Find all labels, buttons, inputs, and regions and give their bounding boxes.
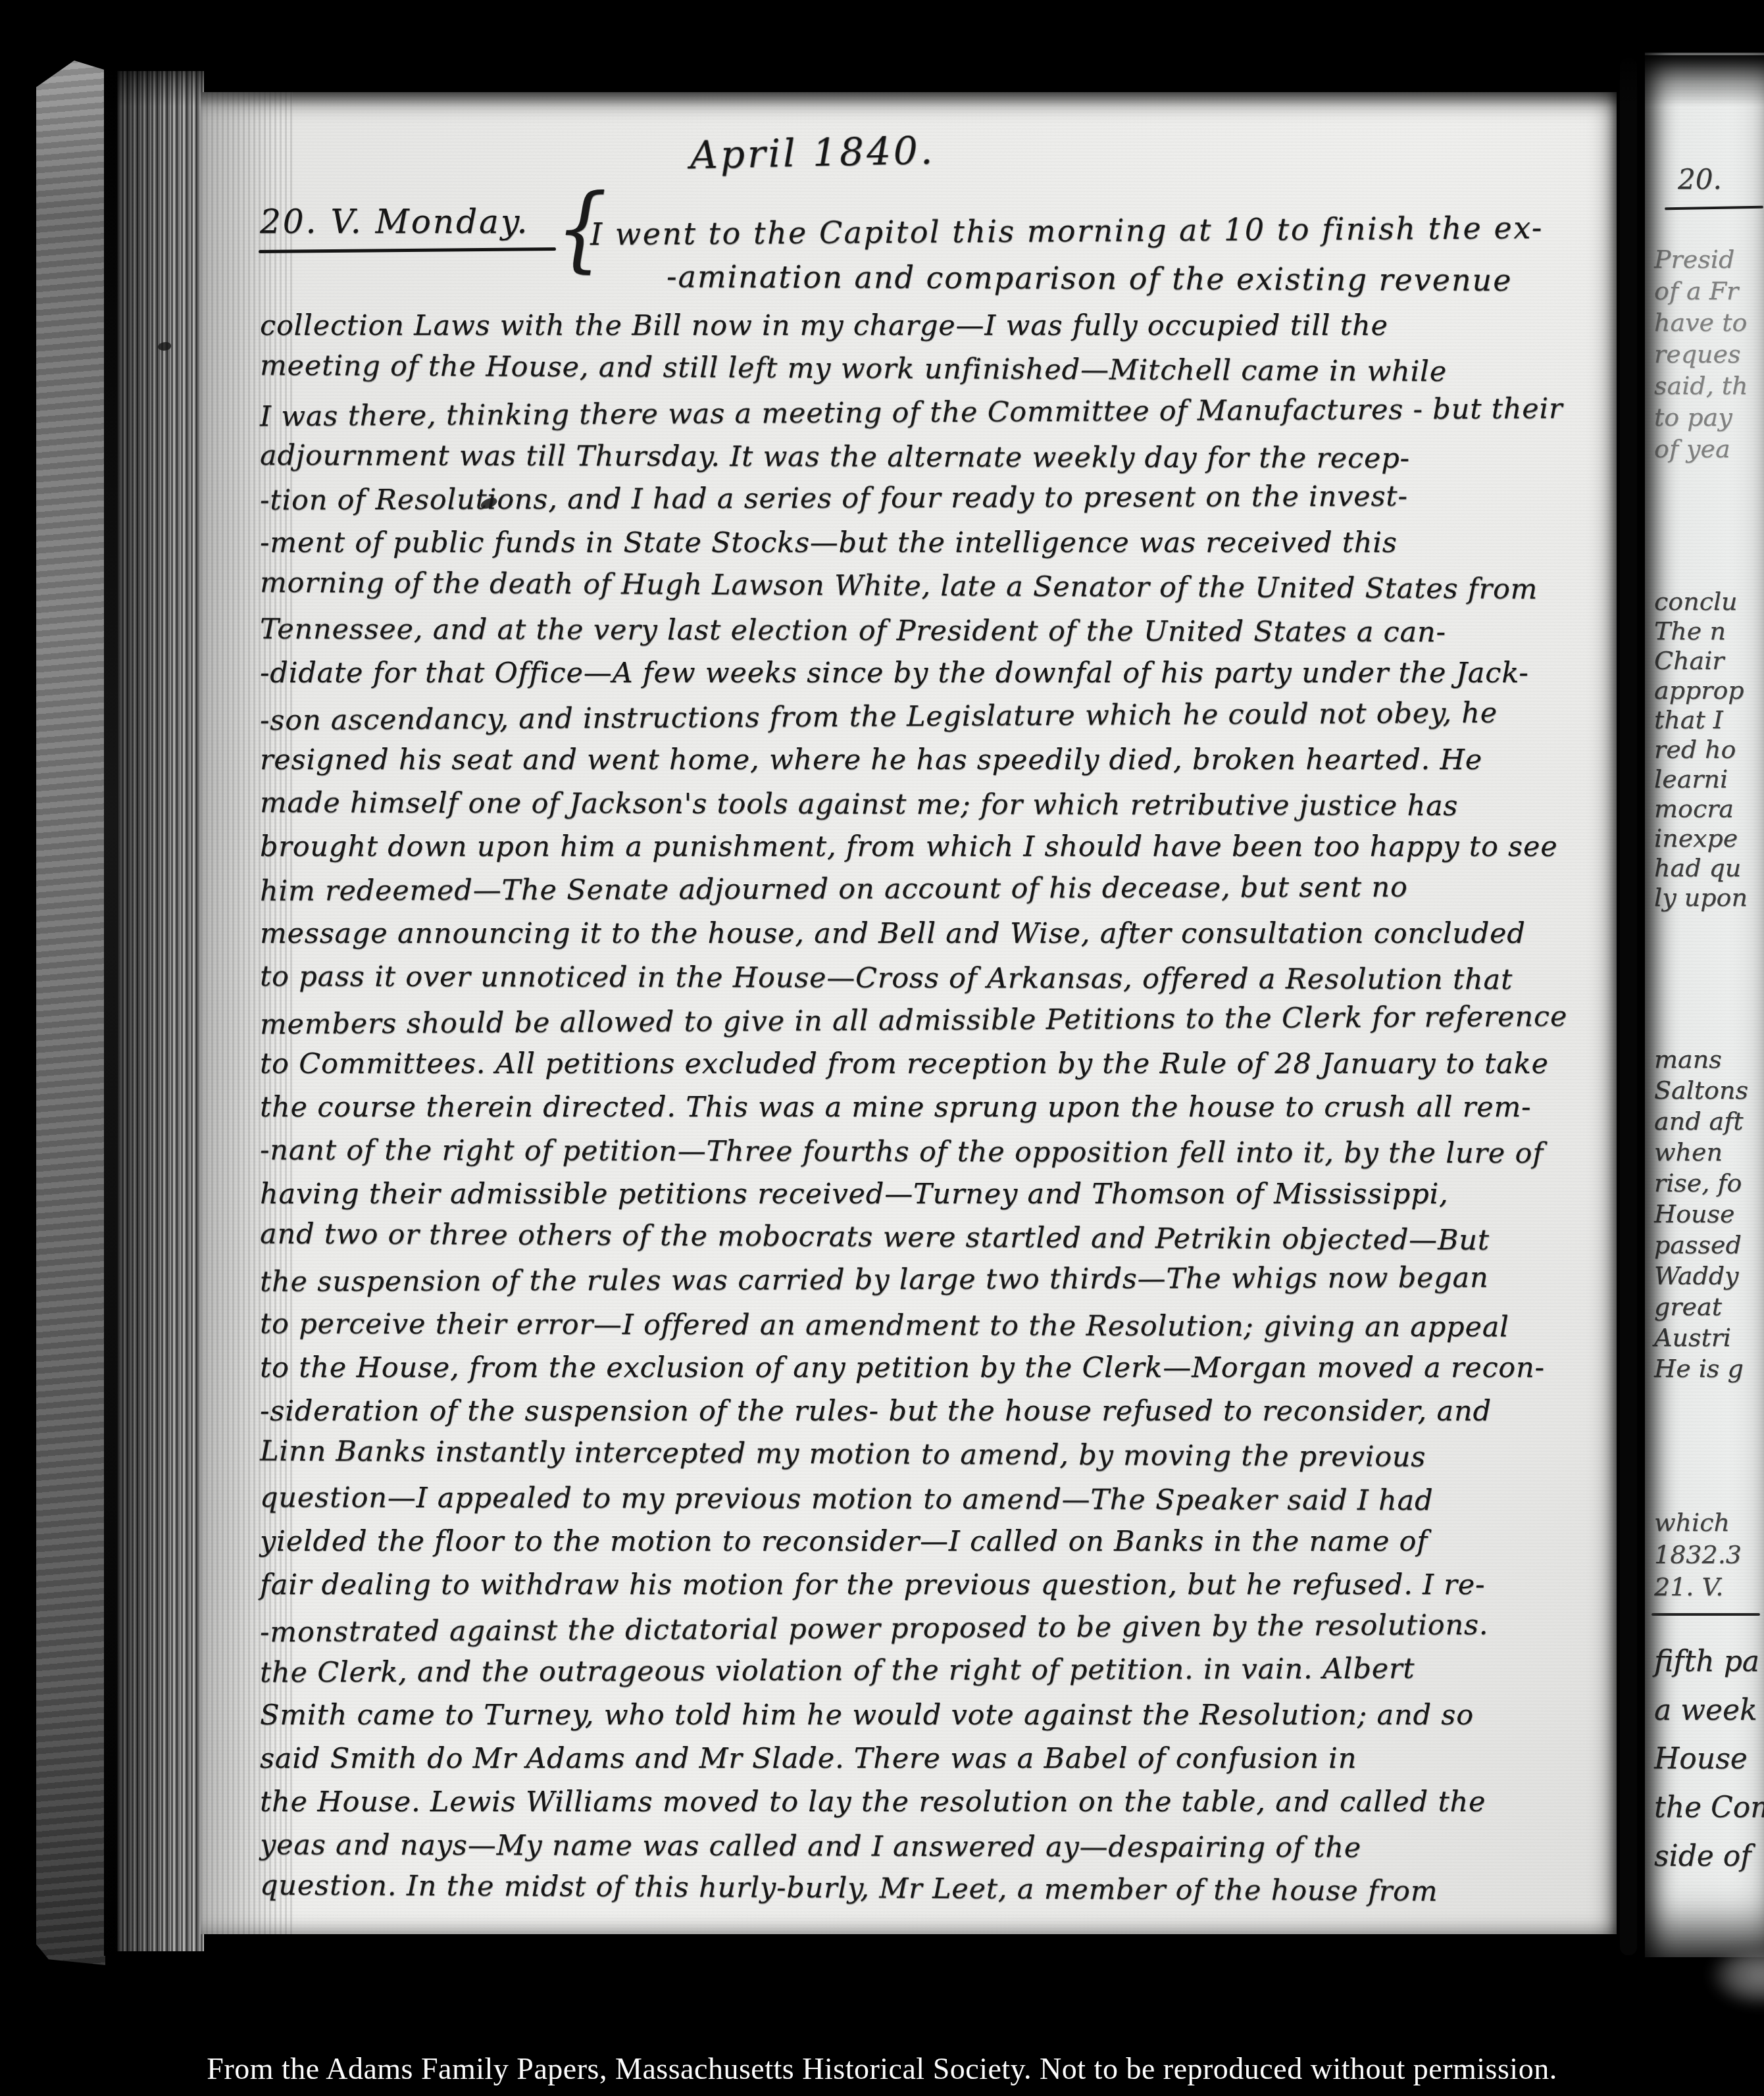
book-cover-edge [36, 61, 105, 1965]
manuscript-line: and two or three others of the mobocrats… [260, 1218, 1617, 1268]
book-gutter [1620, 58, 1637, 1955]
cover-gap-shadow [104, 69, 118, 1956]
manuscript-line-fragment: inexpe [1654, 824, 1764, 853]
next-page-text-fragments: concluThe nChairappropthat Ired holearni… [1654, 587, 1764, 912]
manuscript-line: adjournment was till Thursday. It was th… [260, 439, 1617, 486]
manuscript-line: -ment of public funds in State Stocks—bu… [260, 526, 1617, 570]
manuscript-line-fragment: passed [1654, 1230, 1764, 1261]
manuscript-line: -sideration of the suspension of the rul… [260, 1395, 1617, 1438]
manuscript-line-fragment: had qu [1654, 853, 1764, 883]
manuscript-line: the suspension of the rules was carried … [260, 1260, 1617, 1309]
manuscript-line: I went to the Capitol this morning at 10… [590, 210, 1544, 252]
next-page-text-fragments: Presidof a Frhave torequessaid, thto pay… [1654, 245, 1764, 466]
manuscript-line-fragment: House [1654, 1199, 1764, 1230]
manuscript-line-fragment: which [1654, 1508, 1764, 1540]
manuscript-line-fragment: mocra [1654, 794, 1764, 824]
manuscript-line-fragment: The n [1654, 616, 1764, 646]
manuscript-line: resigned his seat and went home, where h… [260, 743, 1617, 787]
manuscript-line-fragment: Saltons [1654, 1076, 1764, 1107]
manuscript-line: message announcing it to the house, and … [260, 917, 1617, 961]
manuscript-line-fragment: reques [1654, 339, 1764, 371]
manuscript-line-fragment: red ho [1654, 735, 1764, 764]
next-page-number-fragment: 20. [1678, 163, 1722, 195]
manuscript-line: collection Laws with the Bill now in my … [260, 309, 1617, 353]
next-entry-underline [1651, 1613, 1760, 1616]
manuscript-line: yeas and nays—My name was called and I a… [260, 1828, 1617, 1875]
manuscript-line: I was there, thinking there was a meetin… [260, 392, 1617, 444]
manuscript-line-fragment: 1832.3 [1654, 1540, 1764, 1572]
book-photograph: April 1840. 20. V. Monday. { I went to t… [0, 0, 1764, 2096]
manuscript-line-fragment: mans [1654, 1045, 1764, 1076]
manuscript-line-fragment: the Com [1654, 1791, 1764, 1839]
page-edges [117, 71, 204, 1951]
manuscript-line-fragment: and aft [1654, 1107, 1764, 1137]
manuscript-line: -son ascendancy, and instructions from t… [260, 696, 1617, 748]
manuscript-line: Tennessee, and at the very last election… [260, 612, 1617, 659]
left-page: April 1840. 20. V. Monday. { I went to t… [201, 92, 1617, 1934]
manuscript-line-fragment: a week [1654, 1693, 1764, 1742]
manuscript-line-fragment: Waddy [1654, 1261, 1764, 1292]
manuscript-line: to the House, from the exclusion of any … [260, 1351, 1617, 1395]
manuscript-line: -amination and comparison of the existin… [667, 259, 1513, 298]
manuscript-line-fragment: side of [1654, 1839, 1764, 1888]
manuscript-line-fragment: said, th [1654, 371, 1764, 403]
manuscript-line-fragment: learni [1654, 764, 1764, 794]
manuscript-line-fragment: of a Fr [1654, 276, 1764, 308]
manuscript-line: the House. Lewis Williams moved to lay t… [260, 1785, 1617, 1829]
manuscript-line-fragment: Austri [1654, 1323, 1764, 1354]
manuscript-line-fragment: House [1654, 1742, 1764, 1791]
manuscript-line: made himself one of Jackson's tools agai… [260, 786, 1617, 833]
manuscript-line: yielded the floor to the motion to recon… [260, 1525, 1617, 1568]
right-page-sliver: 20. Presidof a Frhave torequessaid, thto… [1645, 53, 1764, 1957]
manuscript-line: him redeemed—The Senate adjourned on acc… [260, 870, 1617, 918]
manuscript-line: -nant of the right of petition—Three fou… [260, 1134, 1617, 1180]
manuscript-line-fragment: approp [1654, 676, 1764, 705]
manuscript-line: members should be allowed to give in all… [260, 1000, 1617, 1052]
manuscript-line: -didate for that Office—A few weeks sinc… [260, 657, 1617, 700]
manuscript-line: to perceive their error—I offered an ame… [260, 1307, 1617, 1354]
manuscript-line: having their admissible petitions receiv… [260, 1178, 1617, 1221]
next-page-date-underline [1665, 206, 1763, 211]
manuscript-line-fragment: Chair [1654, 646, 1764, 676]
next-page-text-fragments: which1832.321. V. [1654, 1508, 1764, 1605]
manuscript-line: to Committees. All petitions excluded fr… [260, 1047, 1617, 1091]
manuscript-line-fragment: that I [1654, 705, 1764, 735]
manuscript-line: morning of the death of Hugh Lawson Whit… [260, 566, 1617, 617]
manuscript-line-fragment: 21. V. [1654, 1572, 1764, 1605]
manuscript-line-fragment: when [1654, 1137, 1764, 1168]
manuscript-line-fragment: fifth pa [1654, 1645, 1764, 1693]
manuscript-line: Smith came to Turney, who told him he wo… [260, 1699, 1617, 1742]
archive-caption: From the Adams Family Papers, Massachuse… [0, 2051, 1764, 2086]
manuscript-line: question. In the midst of this hurly-bur… [260, 1869, 1617, 1920]
manuscript-line: brought down upon him a punishment, from… [260, 830, 1617, 874]
next-page-text-fragments: fifth paa weekHousethe Comside of [1654, 1645, 1764, 1888]
manuscript-line: the Clerk, and the outrageous violation … [260, 1651, 1617, 1699]
month-header: April 1840. [417, 122, 1207, 183]
manuscript-line: Linn Banks instantly intercepted my moti… [260, 1435, 1617, 1485]
manuscript-line-fragment: to pay [1654, 403, 1764, 434]
manuscript-line: said Smith do Mr Adams and Mr Slade. The… [260, 1742, 1617, 1785]
manuscript-line: meeting of the House, and still left my … [260, 349, 1617, 400]
manuscript-line-fragment: have to [1654, 308, 1764, 339]
entry-date-label: 20. V. Monday. [260, 203, 529, 241]
next-page-text-fragments: mansSaltonsand aftwhenrise, foHousepasse… [1654, 1045, 1764, 1385]
manuscript-line: the course therein directed. This was a … [260, 1091, 1617, 1134]
manuscript-line-fragment: rise, fo [1654, 1168, 1764, 1199]
manuscript-line: fair dealing to withdraw his motion for … [260, 1568, 1617, 1612]
page-corner-blur [1708, 1942, 1764, 2008]
manuscript-line: to pass it over unnoticed in the House—C… [260, 960, 1617, 1007]
manuscript-line-fragment: ly upon [1654, 883, 1764, 912]
manuscript-line-fragment: of yea [1654, 434, 1764, 466]
manuscript-line-fragment: conclu [1654, 587, 1764, 616]
manuscript-line: question—I appealed to my previous motio… [260, 1481, 1617, 1528]
manuscript-line-fragment: He is g [1654, 1354, 1764, 1385]
entry-body: collection Laws with the Bill now in my … [260, 309, 1617, 1916]
manuscript-line-fragment: Presid [1654, 245, 1764, 276]
manuscript-line-fragment: great [1654, 1292, 1764, 1323]
date-underline [259, 247, 556, 253]
manuscript-line: -tion of Resolutions, and I had a series… [260, 479, 1617, 527]
